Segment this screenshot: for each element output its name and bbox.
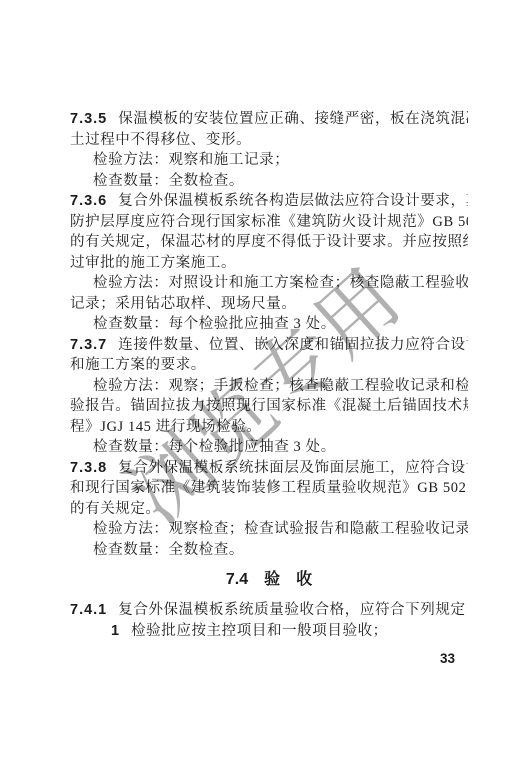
line-text: 记录；采用钻芯取样、现场尺量。 [70,296,297,312]
section-heading-title: 验 收 [264,571,312,588]
line-text: 复合外保温模板系统质量验收合格，应符合下列规定： [118,602,468,618]
line-text: 检查数量：全数检查。 [93,173,244,189]
line-text: 复合外保温模板系统各构造层做法应符合设计要求，其 [118,193,468,209]
section-number: 7.3.8 [70,460,107,476]
section-number: 7.3.7 [70,337,107,353]
line-text: 检查数量：全数检查。 [93,542,244,558]
page-number: 33 [440,651,455,666]
line-text: 防护层厚度应符合现行国家标准《建筑防火设计规范》GB 50016 [70,214,468,230]
line-text: 的有关规定。 [70,501,161,517]
text-line: 1检验批应按主控项目和一般项目验收； [70,621,468,642]
section-number: 7.4.1 [70,602,107,618]
text-line: 检查数量：每个检验批应抽查 3 处。 [70,437,468,458]
text-line: 7.3.5保温模板的安装位置应正确、接缝严密，板在浇筑混凝 [70,109,468,130]
line-text: 检验方法：观察；手扳检查；核查隐蔽工程验收记录和检 [93,378,468,394]
paragraphs-section-7-3: 7.3.5保温模板的安装位置应正确、接缝严密，板在浇筑混凝土过程中不得移位、变形… [70,109,468,560]
text-line: 过审批的施工方案施工。 [70,253,468,274]
text-line: 和现行国家标准《建筑装饰装修工程质量验收规范》GB 50210 [70,478,468,499]
text-line: 检验方法：观察检查；检查试验报告和隐蔽工程验收记录； [70,519,468,540]
text-line: 检查数量：全数检查。 [70,171,468,192]
text-line: 7.3.7连接件数量、位置、嵌入深度和锚固拉拔力应符合设计 [70,335,468,356]
section-number: 1 [111,623,120,639]
text-line: 防护层厚度应符合现行国家标准《建筑防火设计规范》GB 50016 [70,212,468,233]
text-line: 程》JGJ 145 进行现场检验。 [70,417,468,438]
line-text: 复合外保温模板系统抹面层及饰面层施工，应符合设计 [118,460,468,476]
line-text: 土过程中不得移位、变形。 [70,132,251,148]
page-content: 7.3.5保温模板的安装位置应正确、接缝严密，板在浇筑混凝土过程中不得移位、变形… [70,109,468,641]
text-line: 验报告。锚固拉拔力按照现行国家标准《混凝土后锚固技术规 [70,396,468,417]
text-line: 土过程中不得移位、变形。 [70,130,468,151]
line-text: 程》JGJ 145 进行现场检验。 [70,419,261,435]
line-text: 和现行国家标准《建筑装饰装修工程质量验收规范》GB 50210 [70,480,468,496]
text-line: 记录；采用钻芯取样、现场尺量。 [70,294,468,315]
text-line: 检验方法：观察；手扳检查；核查隐蔽工程验收记录和检 [70,376,468,397]
section-number: 7.3.5 [70,111,107,127]
line-text: 验报告。锚固拉拔力按照现行国家标准《混凝土后锚固技术规 [70,398,468,414]
text-line: 检验方法：观察和施工记录； [70,150,468,171]
line-text: 检查数量：每个检验批应抽查 3 处。 [93,439,336,455]
line-text: 检验方法：对照设计和施工方案检查；核查隐蔽工程验收 [93,275,468,291]
section-heading-number: 7.4 [226,571,248,588]
line-text: 检验方法：观察和施工记录； [93,152,289,168]
line-text: 检查数量：每个检验批应抽查 3 处。 [93,316,336,332]
line-text: 检验方法：观察检查；检查试验报告和隐蔽工程验收记录； [93,521,468,537]
paragraphs-section-7-4: 7.4.1复合外保温模板系统质量验收合格，应符合下列规定：1检验批应按主控项目和… [70,600,468,641]
section-heading: 7.4验 收 [70,570,468,590]
text-line: 检查数量：全数检查。 [70,540,468,561]
text-line: 检查数量：每个检验批应抽查 3 处。 [70,314,468,335]
text-line: 7.3.8复合外保温模板系统抹面层及饰面层施工，应符合设计 [70,458,468,479]
line-text: 连接件数量、位置、嵌入深度和锚固拉拔力应符合设计 [118,337,468,353]
text-line: 和施工方案的要求。 [70,355,468,376]
line-text: 检验批应按主控项目和一般项目验收； [131,623,388,639]
document-page: 浏览专用 7.3.5保温模板的安装位置应正确、接缝严密，板在浇筑混凝土过程中不得… [0,0,529,767]
line-text: 和施工方案的要求。 [70,357,206,373]
text-line: 7.4.1复合外保温模板系统质量验收合格，应符合下列规定： [70,600,468,621]
text-line: 7.3.6复合外保温模板系统各构造层做法应符合设计要求，其 [70,191,468,212]
line-text: 过审批的施工方案施工。 [70,255,236,271]
text-line: 检验方法：对照设计和施工方案检查；核查隐蔽工程验收 [70,273,468,294]
section-number: 7.3.6 [70,193,107,209]
line-text: 的有关规定，保温芯材的厚度不得低于设计要求。并应按照经 [70,234,468,250]
line-text: 保温模板的安装位置应正确、接缝严密，板在浇筑混凝 [118,111,468,127]
text-line: 的有关规定。 [70,499,468,520]
text-line: 的有关规定，保温芯材的厚度不得低于设计要求。并应按照经 [70,232,468,253]
